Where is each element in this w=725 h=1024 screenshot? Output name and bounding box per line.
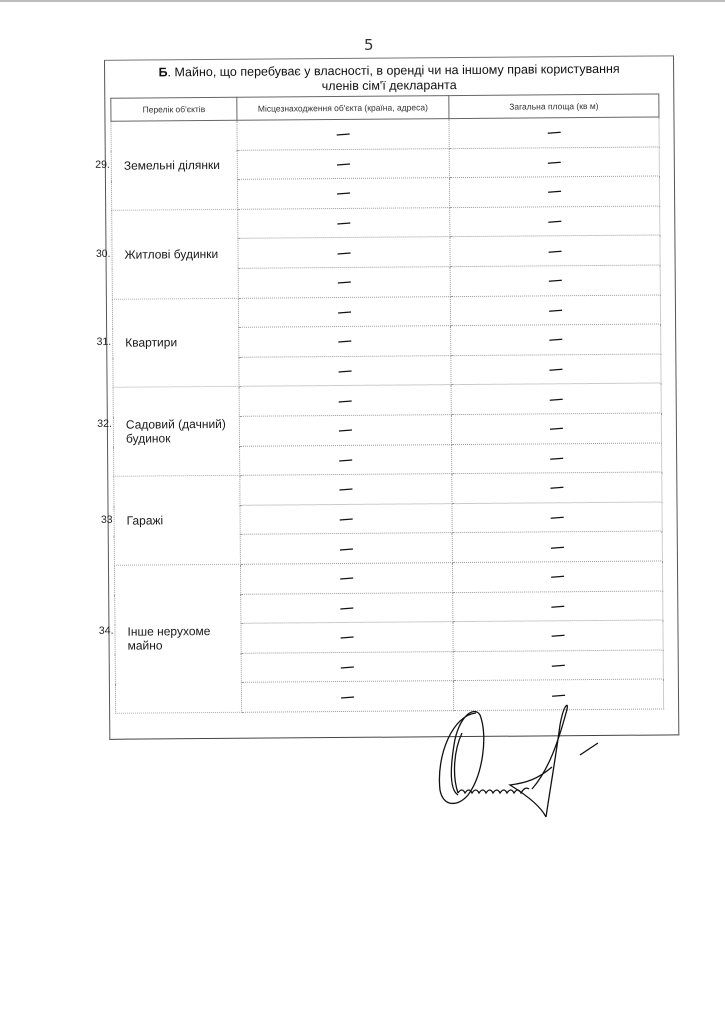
table-body: 29.Земельні ділянки——————30.Житлові буди… (111, 117, 664, 713)
location-cell: — (238, 296, 450, 327)
location-cell: — (240, 503, 452, 534)
category-number: 30. (90, 247, 110, 259)
header-objects-list: Перелік об'єктів (111, 97, 237, 121)
empty-value-dash: — (547, 124, 561, 140)
empty-value-dash: — (549, 361, 563, 377)
empty-value-dash: — (336, 155, 350, 171)
area-cell: — (452, 502, 662, 533)
area-cell: — (451, 354, 661, 385)
location-cell: — (240, 444, 452, 475)
area-cell: — (453, 650, 663, 681)
location-cell: — (241, 681, 453, 712)
empty-value-dash: — (340, 570, 354, 586)
category-number: 29. (90, 159, 110, 171)
empty-value-dash: — (549, 420, 563, 436)
section-title-line2: членів сім'ї декларанта (322, 78, 457, 93)
category-cell: 33Гаражі (114, 475, 241, 565)
category-label: Гаражі (115, 513, 164, 527)
location-cell: — (237, 178, 449, 209)
empty-value-dash: — (337, 303, 351, 319)
table-row: 32.Садовий (дачний) будинок—— (113, 383, 661, 417)
table-row: 31.Квартири—— (112, 295, 660, 329)
category-label: Квартири (113, 336, 177, 351)
category-cell: 32.Садовий (дачний) будинок (113, 387, 240, 477)
empty-value-dash: — (550, 538, 564, 554)
location-cell: — (239, 415, 451, 446)
property-table: Перелік об'єктів Місцезнаходження об'єкт… (110, 93, 664, 713)
location-cell: — (240, 533, 452, 564)
header-location: Місцезнаходження об'єкта (країна, адреса… (237, 96, 449, 121)
area-cell: — (453, 590, 663, 621)
table-row: 34.Інше нерухоме майно—— (114, 561, 662, 595)
location-cell: — (238, 207, 450, 238)
page-number: 5 (364, 36, 374, 54)
location-cell: — (241, 592, 453, 623)
location-cell: — (240, 474, 452, 505)
empty-value-dash: — (336, 126, 350, 142)
empty-value-dash: — (338, 333, 352, 349)
location-cell: — (241, 622, 453, 653)
category-number: 31. (91, 336, 111, 348)
empty-value-dash: — (548, 242, 562, 258)
category-cell: 30.Житлові будинки (112, 209, 239, 299)
empty-value-dash: — (337, 215, 351, 231)
declaration-section-frame: Б. Майно, що перебуває у власності, в ор… (84, 55, 667, 740)
category-cell: 34.Інше нерухоме майно (114, 564, 241, 713)
category-label: Земельні ділянки (112, 158, 220, 173)
area-cell: — (452, 443, 662, 474)
empty-value-dash: — (551, 598, 565, 614)
area-cell: — (451, 383, 661, 414)
area-cell: — (450, 295, 660, 326)
empty-value-dash: — (551, 627, 565, 643)
handwritten-signature-icon (428, 695, 608, 835)
category-number: 32. (92, 418, 112, 430)
empty-value-dash: — (340, 599, 354, 615)
location-cell: — (241, 651, 453, 682)
empty-value-dash: — (549, 390, 563, 406)
area-cell: — (452, 472, 662, 503)
empty-value-dash: — (551, 568, 565, 584)
area-cell: — (450, 235, 660, 266)
area-cell: — (449, 176, 659, 207)
area-cell: — (449, 147, 659, 178)
category-cell: 29.Земельні ділянки (111, 120, 238, 210)
table-row: 29.Земельні ділянки—— (111, 117, 659, 151)
header-total-area: Загальна площа (кв м) (449, 94, 659, 119)
location-cell: — (240, 563, 452, 594)
empty-value-dash: — (340, 658, 354, 674)
table-row: 33Гаражі—— (114, 472, 662, 506)
empty-value-dash: — (337, 244, 351, 260)
empty-value-dash: — (340, 688, 354, 704)
empty-value-dash: — (550, 509, 564, 525)
area-cell: — (453, 620, 663, 651)
empty-value-dash: — (340, 629, 354, 645)
empty-value-dash: — (337, 274, 351, 290)
empty-value-dash: — (551, 657, 565, 673)
empty-value-dash: — (338, 422, 352, 438)
empty-value-dash: — (339, 540, 353, 556)
location-cell: — (238, 267, 450, 298)
empty-value-dash: — (547, 154, 561, 170)
area-cell: — (451, 413, 661, 444)
area-cell: — (450, 265, 660, 296)
area-cell: — (451, 324, 661, 355)
category-label: Інше нерухоме майно (115, 624, 240, 653)
category-label: Житлові будинки (112, 247, 218, 262)
section-title: Б. Майно, що перебуває у власності, в ор… (104, 61, 674, 95)
empty-value-dash: — (339, 510, 353, 526)
location-cell: — (237, 119, 449, 150)
location-cell: — (239, 355, 451, 386)
category-cell: 31.Квартири (112, 298, 239, 388)
empty-value-dash: — (339, 481, 353, 497)
empty-value-dash: — (550, 479, 564, 495)
section-title-text: . Майно, що перебуває у власності, в оре… (167, 62, 619, 80)
area-cell: — (450, 206, 660, 237)
empty-value-dash: — (548, 272, 562, 288)
area-cell: — (452, 531, 662, 562)
empty-value-dash: — (338, 392, 352, 408)
location-cell: — (239, 385, 451, 416)
empty-value-dash: — (338, 363, 352, 379)
empty-value-dash: — (550, 450, 564, 466)
category-number: 34. (93, 625, 113, 637)
location-cell: — (239, 326, 451, 357)
category-label: Садовий (дачний) будинок (114, 417, 239, 446)
empty-value-dash: — (547, 183, 561, 199)
empty-value-dash: — (339, 451, 353, 467)
area-cell: — (449, 117, 659, 148)
page-top-edge (0, 0, 725, 2)
category-number: 33 (93, 514, 113, 526)
area-cell: — (452, 561, 662, 592)
empty-value-dash: — (548, 213, 562, 229)
location-cell: — (238, 237, 450, 268)
empty-value-dash: — (549, 331, 563, 347)
empty-value-dash: — (336, 185, 350, 201)
empty-value-dash: — (548, 302, 562, 318)
location-cell: — (237, 148, 449, 179)
table-row: 30.Житлові будинки—— (112, 206, 660, 240)
